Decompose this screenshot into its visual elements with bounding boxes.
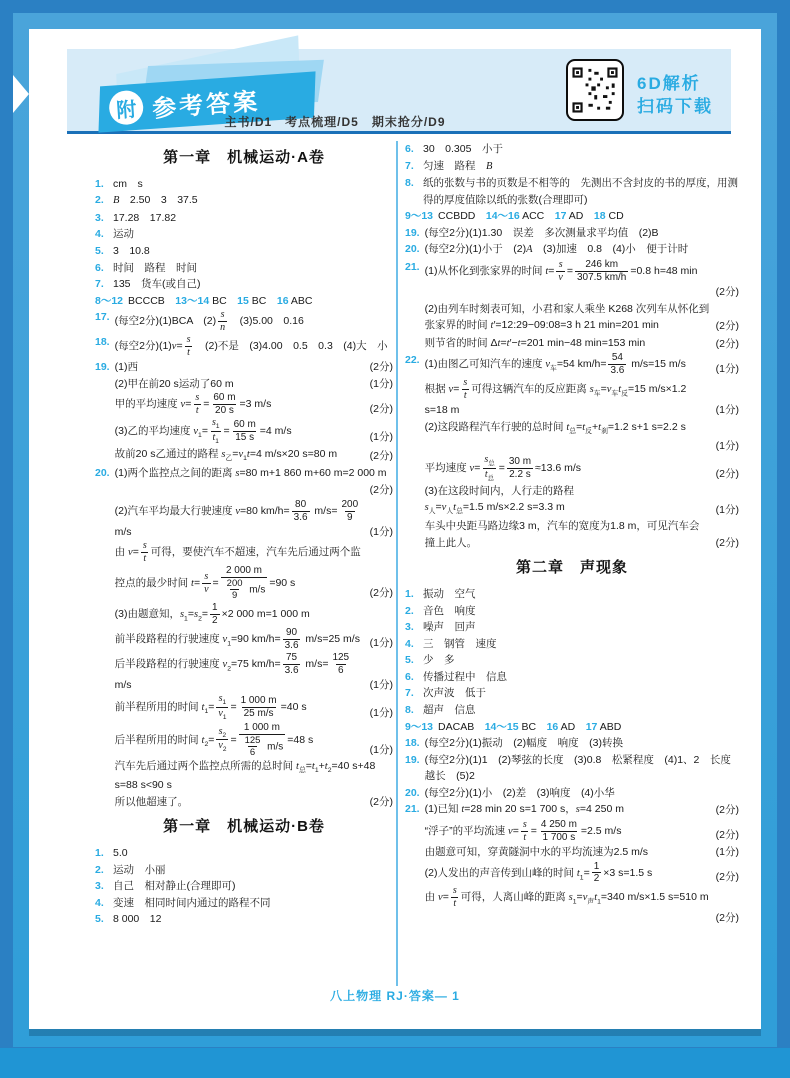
item-number: 6.: [405, 141, 418, 158]
scanned-page: 附 参考答案 主书/D1 考点梳理/D5 期末抢分/D9: [0, 0, 790, 1078]
answer-line: 音色 响度: [423, 603, 739, 620]
fraction: s1v1: [216, 693, 228, 722]
item-number: 4.: [95, 226, 108, 243]
answer-line: 17.28 17.82: [113, 210, 393, 227]
answer-line: 8 000 12: [113, 911, 393, 928]
fraction: 2009: [339, 499, 360, 524]
answer-item: 8.纸的张数与书的页数是不相等的 先测出不含封皮的书的厚度，用测得的厚度值除以纸…: [405, 175, 739, 208]
answer-line: (1)西(2分): [115, 359, 393, 376]
answer-line: (3)在这段时间内，人行走的路程: [425, 483, 739, 500]
fraction: sv: [556, 259, 564, 284]
answer-line: B 2.50 3 37.5: [113, 192, 393, 210]
answer-item: 21.(1)已知 t=28 min 20 s=1 700 s，s=4 250 m…: [405, 801, 739, 926]
answer-line: “浮子”的平均流速 v=st=4 250 m1 700 s=2.5 m/s(2分…: [425, 819, 739, 844]
answer-line: 噪声 回声: [423, 619, 739, 636]
answer-item: 3.自己 相对静止(合理即可): [95, 878, 393, 895]
fraction: 803.6: [292, 499, 310, 524]
answer-line: s人=v人t总=1.5 m/s×2.2 s=3.3 m(1分): [425, 499, 739, 518]
fraction: st: [185, 334, 193, 359]
score-label: (1分): [364, 376, 393, 393]
answer-line: 传播过程中 信息: [423, 669, 739, 686]
answer-item: 7.135 货车(或自己): [95, 276, 393, 293]
answer-line: 根据 v=st可得这辆汽车的反应距离 s车=v车t反=15 m/s×1.2 s=…: [425, 377, 739, 418]
answer-line: (每空2分)(1)v=st (2)不是 (3)4.00 0.5 0.3 (4)大…: [115, 334, 393, 359]
answer-line: (3)乙的平均速度 v1=s1t1=60 m15 s=4 m/s(1分): [115, 417, 393, 446]
score-label: (1分): [364, 635, 393, 652]
answer-line: 匀速 路程 B: [423, 158, 739, 176]
qr-caption-line1: 6D解析: [637, 73, 713, 96]
item-number: 3.: [405, 619, 418, 636]
answer-item: 4.变速 相同时间内通过的路程不同: [95, 895, 393, 912]
score-label: (1分): [710, 438, 739, 455]
score-label: (2分): [710, 910, 739, 927]
answer-line: (2)汽车平均最大行驶速度 v=80 km/h=803.6 m/s=2009 m…: [115, 499, 393, 540]
score-label: (2分): [710, 827, 739, 844]
item-number: 6.: [95, 260, 108, 277]
item-number: 19.: [405, 225, 420, 242]
answer-line: 前半程所用的时间 t1=s1v1=1 000 m25 m/s=40 s(1分): [115, 693, 393, 722]
qr-caption-line2: 扫码下载: [637, 96, 713, 119]
item-number: 5.: [405, 652, 418, 669]
answer-line: 3 10.8: [113, 243, 393, 260]
answer-line: (2分): [115, 482, 393, 499]
answer-line: 运动: [113, 226, 393, 243]
answer-line: cm s: [113, 176, 393, 193]
fraction: 12: [210, 602, 220, 627]
left-chevron-decoration: [13, 75, 29, 113]
score-label: (1分): [364, 705, 393, 722]
item-number: 21.: [405, 259, 420, 276]
fraction: s2v2: [216, 726, 228, 755]
answer-item: 1.振动 空气: [405, 586, 739, 603]
answer-line: (每空2分)(1)小 (2)差 (3)响度 (4)小华: [425, 785, 739, 802]
answer-item: 1.5.0: [95, 845, 393, 862]
answer-item: 2.运动 小丽: [95, 862, 393, 879]
score-label: (2分): [710, 336, 739, 353]
answer-line: 运动 小丽: [113, 862, 393, 879]
fraction: 246 km307.5 km/h: [575, 259, 628, 284]
fraction: 543.6: [608, 352, 626, 377]
item-number: 18.: [95, 334, 110, 351]
answer-line: 少 多: [423, 652, 739, 669]
answer-line: 平均速度 v=s总t总=30 m2.2 s≈13.6 m/s(2分): [425, 454, 739, 483]
answer-line: 汽车先后通过两个监控点所需的总时间 t总=t1+t2=40 s+48 s=88 …: [115, 758, 393, 793]
answer-line: 超声 信息: [423, 702, 739, 719]
fraction: sn: [218, 309, 227, 334]
answer-item: 8.超声 信息: [405, 702, 739, 719]
item-number: 19.: [405, 752, 420, 769]
score-label: (2分): [364, 359, 393, 376]
score-label: (2分): [710, 535, 739, 552]
item-number: 3.: [95, 878, 108, 895]
answer-line: 故前20 s乙通过的路程 s乙=v1t=4 m/s×20 s=80 m(2分): [115, 446, 393, 465]
fraction: 903.6: [283, 627, 301, 652]
section-heading: 第二章 声现象: [405, 556, 739, 580]
fraction: 2 000 m2009 m/s: [221, 565, 268, 602]
answer-line: CCBDD 14～16 ACC 17 AD 18 CD: [438, 208, 739, 225]
item-number: 20.: [405, 785, 420, 802]
fraction: st: [521, 819, 529, 844]
item-number: 4.: [405, 636, 418, 653]
answer-line: (1)已知 t=28 min 20 s=1 700 s，s=4 250 m(2分…: [425, 801, 739, 819]
score-label: (2分): [364, 482, 393, 499]
item-number: 8.: [405, 175, 418, 192]
fraction: 1 000 m25 m/s: [239, 695, 279, 720]
answer-item: 20.(每空2分)(1)小于 (2)A (3)加速 0.8 (4)小 便于计时: [405, 241, 739, 259]
score-label: (1分): [710, 502, 739, 519]
score-label: (2分): [710, 318, 739, 335]
answer-item: 17.(每空2分)(1)BCA (2)sn (3)5.00 0.16: [95, 309, 393, 334]
score-label: (1分): [710, 361, 739, 378]
left-column: 第一章 机械运动·A卷1.cm s2.B 2.50 3 37.53.17.28 …: [95, 141, 393, 928]
answer-item: 20.(1)两个监控点之间的距离 s=80 m+1 860 m+60 m=2 0…: [95, 465, 393, 811]
fraction: 1 000 m1256 m/s: [239, 722, 286, 759]
item-number: 4.: [95, 895, 108, 912]
answer-line: (每空2分)(1)BCA (2)sn (3)5.00 0.16: [115, 309, 393, 334]
section-heading: 第一章 机械运动·A卷: [95, 146, 393, 170]
answer-line: 135 货车(或自己): [113, 276, 393, 293]
answer-item: 2.音色 响度: [405, 603, 739, 620]
fraction: st: [141, 540, 149, 565]
fraction: s1t1: [210, 417, 222, 446]
answer-line: 所以他超速了。(2分): [115, 794, 393, 811]
answer-item: 19.(每空2分)(1)1.30 误差 多次测量求平均值 (2)B: [405, 225, 739, 242]
answer-line: (1)两个监控点之间的距离 s=80 m+1 860 m+60 m=2 000 …: [115, 465, 393, 483]
score-label: (2分): [364, 794, 393, 811]
fraction: sv: [202, 571, 210, 596]
fraction: 1256: [243, 735, 263, 759]
answer-item: 18.(每空2分)(1)振动 (2)幅度 响度 (3)转换: [405, 735, 739, 752]
qr-code-icon: [566, 59, 624, 121]
answer-line: (2分): [425, 910, 739, 927]
fraction: 753.6: [283, 652, 301, 677]
answer-line: (2)甲在前20 s运动了60 m(1分): [115, 376, 393, 393]
item-number: 18.: [405, 735, 420, 752]
item-number: 2.: [405, 603, 418, 620]
answer-item: 3.17.28 17.82: [95, 210, 393, 227]
answer-line: 前半段路程的行驶速度 v1=90 km/h=903.6 m/s=25 m/s(1…: [115, 627, 393, 652]
answer-line: 30 0.305 小于: [423, 141, 739, 158]
score-label: (1分): [364, 429, 393, 446]
answer-item: 2.B 2.50 3 37.5: [95, 192, 393, 210]
answer-line: (2)由列车时刻表可知，小君和家人乘坐 K268 次列车从怀化到张家界的时间 t…: [425, 301, 739, 335]
item-number: 7.: [405, 158, 418, 175]
answer-line: (3)由题意知，s1=s2=12×2 000 m=1 000 m: [115, 602, 393, 627]
answer-item: 22.(1)由图乙可知汽车的速度 v车=54 km/h=543.6 m/s=15…: [405, 352, 739, 551]
answer-item: 19.(每空2分)(1)1 (2)琴弦的长度 (3)0.8 松紧程度 (4)1、…: [405, 752, 739, 785]
answer-item: 20.(每空2分)(1)小 (2)差 (3)响度 (4)小华: [405, 785, 739, 802]
item-number: 17.: [95, 309, 110, 326]
answer-item: 6.30 0.305 小于: [405, 141, 739, 158]
header-nav-text: 主书/D1 考点梳理/D5 期末抢分/D9: [29, 113, 641, 130]
page-footer: 八上物理 RJ·答案— 1: [29, 987, 761, 1004]
item-number: 5.: [95, 911, 108, 928]
fraction: s总t总: [482, 454, 496, 483]
section-heading: 第一章 机械运动·B卷: [95, 815, 393, 839]
answer-line: 甲的平均速度 v=st=60 m20 s=3 m/s(2分): [115, 392, 393, 417]
answer-line: DACAB 14～15 BC 16 AD 17 ABD: [438, 719, 739, 736]
fraction: 4 250 m1 700 s: [539, 819, 579, 844]
answer-line: (每空2分)(1)小于 (2)A (3)加速 0.8 (4)小 便于计时: [425, 241, 739, 259]
score-label: (1分): [710, 844, 739, 861]
score-label: (2分): [364, 585, 393, 602]
answer-line: 变速 相同时间内通过的路程不同: [113, 895, 393, 912]
answer-item: 4.运动: [95, 226, 393, 243]
right-column: 6.30 0.305 小于7.匀速 路程 B8.纸的张数与书的页数是不相等的 先…: [405, 141, 739, 927]
item-number: 7.: [95, 276, 108, 293]
item-number: 5.: [95, 243, 108, 260]
answer-line: 时间 路程 时间: [113, 260, 393, 277]
item-number: 9～13: [405, 208, 433, 225]
item-number: 20.: [405, 241, 420, 258]
answer-line: 纸的张数与书的页数是不相等的 先测出不含封皮的书的厚度，用测得的厚度值除以纸的张…: [423, 175, 739, 208]
fraction: 30 m2.2 s: [507, 456, 533, 481]
answer-item: 7.次声波 低于: [405, 685, 739, 702]
answer-line: BCCCB 13～14 BC 15 BC 16 ABC: [128, 293, 393, 310]
score-label: (2分): [710, 466, 739, 483]
answer-item: 6.传播过程中 信息: [405, 669, 739, 686]
item-number: 20.: [95, 465, 110, 482]
item-number: 6.: [405, 669, 418, 686]
item-number: 2.: [95, 192, 108, 209]
fraction: 60 m20 s: [211, 392, 237, 417]
answer-line: (2分): [425, 284, 739, 301]
answer-line: (每空2分)(1)1.30 误差 多次测量求平均值 (2)B: [425, 225, 739, 242]
answer-line: 自己 相对静止(合理即可): [113, 878, 393, 895]
answer-line: 三 钢管 速度: [423, 636, 739, 653]
answer-line: 5.0: [113, 845, 393, 862]
score-label: (2分): [364, 448, 393, 465]
answer-line: (2)人发出的声音传到山峰的时间 t1=12×3 s=1.5 s(2分): [425, 861, 739, 886]
answer-line: 则节省的时间 Δt=t′−t=201 min−48 min=153 min(2分…: [425, 335, 739, 353]
score-label: (1分): [364, 742, 393, 759]
item-number: 22.: [405, 352, 420, 369]
answer-item: 9～13CCBDD 14～16 ACC 17 AD 18 CD: [405, 208, 739, 225]
answer-item: 18.(每空2分)(1)v=st (2)不是 (3)4.00 0.5 0.3 (…: [95, 334, 393, 359]
item-number: 7.: [405, 685, 418, 702]
outer-background-band: [0, 1048, 790, 1078]
item-number: 8～12: [95, 293, 123, 310]
score-label: (1分): [364, 677, 393, 694]
answer-line: (每空2分)(1)1 (2)琴弦的长度 (3)0.8 松紧程度 (4)1、2 长…: [425, 752, 739, 785]
item-number: 9～13: [405, 719, 433, 736]
score-label: (2分): [710, 802, 739, 819]
answer-item: 4.三 钢管 速度: [405, 636, 739, 653]
answer-line: (1分): [425, 438, 739, 455]
answer-item: 19.(1)西(2分)(2)甲在前20 s运动了60 m(1分)甲的平均速度 v…: [95, 359, 393, 464]
answer-line: 次声波 低于: [423, 685, 739, 702]
answer-line: 后半段路程的行驶速度 v2=75 km/h=753.6 m/s=1256 m/s…: [115, 652, 393, 693]
item-number: 19.: [95, 359, 110, 376]
fraction: st: [193, 392, 201, 417]
fraction: 60 m15 s: [232, 419, 258, 444]
score-label: (1分): [364, 524, 393, 541]
answer-line: 车头中央距马路边缘3 m，汽车的宽度为1.8 m，可见汽车会撞上此人。(2分): [425, 518, 739, 551]
item-number: 1.: [95, 845, 108, 862]
item-number: 3.: [95, 210, 108, 227]
item-number: 8.: [405, 702, 418, 719]
qr-caption: 6D解析 扫码下载: [637, 73, 713, 119]
score-label: (2分): [364, 401, 393, 418]
item-number: 1.: [405, 586, 418, 603]
fraction: 1256: [330, 652, 351, 677]
answer-line: 由 v=st可得，要使汽车不超速，汽车先后通过两个监控点的最少时间 t=sv=2…: [115, 540, 393, 602]
answer-item: 5.少 多: [405, 652, 739, 669]
fraction: 2009: [225, 578, 245, 602]
answer-line: 由题意可知，穿黄隧洞中水的平均流速为2.5 m/s(1分): [425, 844, 739, 861]
fraction: st: [451, 885, 459, 910]
answer-item: 1.cm s: [95, 176, 393, 193]
fraction: 12: [592, 861, 602, 886]
answer-line: 由 v=st可得，人离山峰的距离 s1=v声t1=340 m/s×1.5 s=5…: [425, 885, 739, 910]
answer-line: (2)这段路程汽车行驶的总时间 t总=t反+t刹=1.2 s+1 s=2.2 s: [425, 419, 739, 438]
column-divider: [396, 141, 398, 986]
answer-item: 3.噪声 回声: [405, 619, 739, 636]
answer-item: 7.匀速 路程 B: [405, 158, 739, 176]
answer-item: 8～12BCCCB 13～14 BC 15 BC 16 ABC: [95, 293, 393, 310]
answer-item: 21.(1)从怀化到张家界的时间 t=sv=246 km307.5 km/h=0…: [405, 259, 739, 352]
answer-item: 6.时间 路程 时间: [95, 260, 393, 277]
answer-page: 附 参考答案 主书/D1 考点梳理/D5 期末抢分/D9: [29, 29, 761, 1029]
answer-line: (1)由图乙可知汽车的速度 v车=54 km/h=543.6 m/s=15 m/…: [425, 352, 739, 377]
answer-line: (每空2分)(1)振动 (2)幅度 响度 (3)转换: [425, 735, 739, 752]
score-label: (1分): [710, 402, 739, 419]
item-number: 21.: [405, 801, 420, 818]
answer-item: 5.3 10.8: [95, 243, 393, 260]
answer-item: 5.8 000 12: [95, 911, 393, 928]
item-number: 2.: [95, 862, 108, 879]
answer-line: (1)从怀化到张家界的时间 t=sv=246 km307.5 km/h=0.8 …: [425, 259, 739, 284]
answer-line: 振动 空气: [423, 586, 739, 603]
answer-line: 后半程所用的时间 t2=s2v2=1 000 m1256 m/s=48 s(1分…: [115, 722, 393, 759]
score-label: (2分): [710, 284, 739, 301]
score-label: (2分): [710, 869, 739, 886]
item-number: 1.: [95, 176, 108, 193]
page-frame: 附 参考答案 主书/D1 考点梳理/D5 期末抢分/D9: [13, 13, 777, 1047]
answer-item: 9～13DACAB 14～15 BC 16 AD 17 ABD: [405, 719, 739, 736]
fraction: st: [461, 377, 469, 402]
